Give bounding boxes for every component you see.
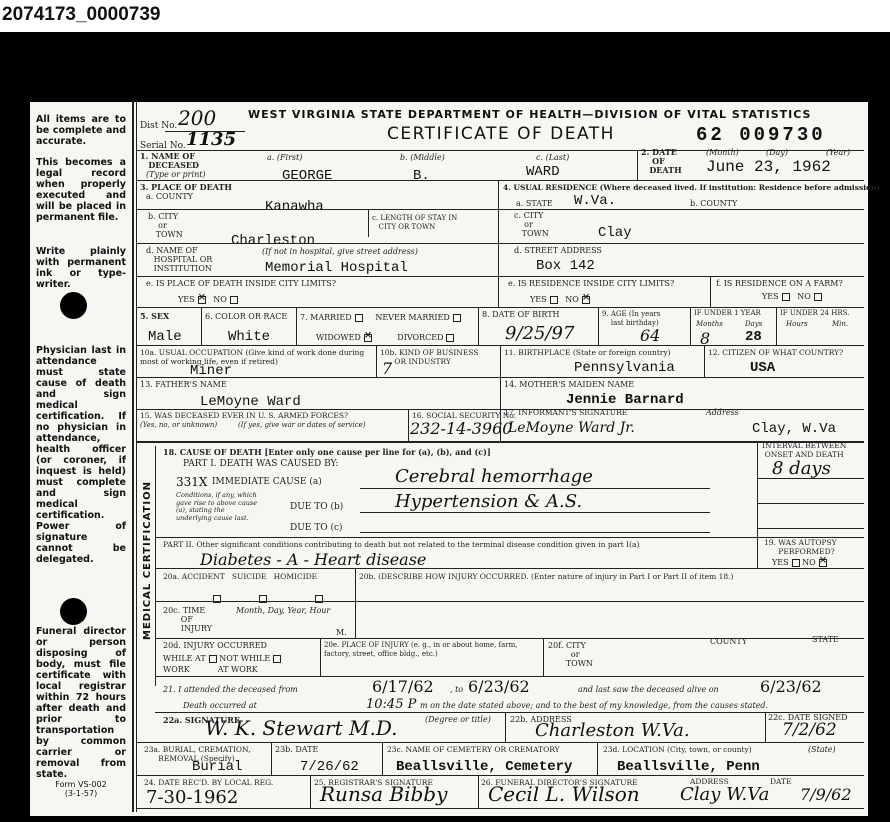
- location-label: 23d. LOCATION (City, town, or county): [603, 745, 752, 754]
- suicide-label: SUICIDE: [232, 572, 267, 581]
- rule: [155, 601, 864, 602]
- divider: [500, 345, 501, 377]
- funeral-date-label: DATE: [770, 777, 792, 786]
- day-label: (Day): [766, 148, 788, 157]
- registrar-signature: Runsa Bibby: [320, 786, 447, 803]
- part2-conditions: Diabetes - A - Heart disease: [200, 551, 426, 568]
- age: 64: [640, 327, 660, 344]
- conditions-hint: Conditions, if any, which gave rise to a…: [176, 492, 258, 522]
- form-number: Form VS-002(3-1-57): [36, 780, 126, 798]
- divider: [637, 150, 638, 180]
- date-of-death: June 23, 1962: [706, 160, 831, 175]
- funeral-director-signature: Cecil L. Wilson: [488, 786, 640, 803]
- res-city: Clay: [598, 226, 632, 241]
- note-complete: All items are to be complete and accurat…: [36, 114, 126, 147]
- no-checkbox[interactable]: [819, 559, 827, 567]
- homicide-checkbox[interactable]: [312, 588, 323, 607]
- first-name: GEORGE: [282, 169, 332, 184]
- divorced-label: DIVORCED: [397, 333, 443, 342]
- res-state: W.Va.: [574, 194, 616, 209]
- divider: [368, 209, 369, 237]
- file-id: 2074173_0000739: [2, 4, 161, 26]
- rule: [155, 712, 864, 713]
- divider: [478, 775, 479, 808]
- ssn: 232-14-3960: [410, 420, 512, 437]
- divider: [201, 307, 202, 345]
- rule: [136, 775, 864, 776]
- date-signed: 7/2/62: [782, 722, 837, 739]
- informant-label: 17. INFORMANT'S SIGNATURE: [504, 408, 627, 417]
- rule: [757, 528, 864, 529]
- divider: [598, 307, 599, 345]
- no-label: NO: [565, 295, 579, 304]
- farm-label: f. IS RESIDENCE ON A FARM?: [716, 279, 843, 288]
- received-date: 7-30-1962: [146, 789, 238, 806]
- divider: [376, 345, 377, 377]
- cause-code: 331X: [176, 474, 207, 491]
- days-label: Days: [745, 320, 762, 329]
- father-name: LeMoyne Ward: [200, 395, 301, 410]
- months-label: Months: [696, 320, 723, 329]
- frame-left: [132, 100, 134, 812]
- res-state-label: a. STATE: [516, 199, 553, 208]
- dist-no: 200: [178, 110, 216, 127]
- divider: [757, 443, 758, 568]
- armed-forces-label: 15. WAS DECEASED EVER IN U. S. ARMED FOR…: [140, 411, 348, 420]
- suicide-checkbox[interactable]: [256, 588, 267, 607]
- interval: 8 days: [772, 460, 831, 477]
- note-funeral-director: Funeral director or person disposing of …: [36, 626, 126, 780]
- inside-limits-options: YES NO: [178, 295, 238, 304]
- accident-label: 20a. ACCIDENT: [163, 572, 225, 581]
- widowed-options: WIDOWED DIVORCED: [316, 333, 454, 342]
- rule: [757, 503, 864, 504]
- business: 7: [382, 360, 392, 377]
- attended-from: 6/17/62: [372, 678, 434, 695]
- degree-label: (Degree or title): [425, 715, 491, 724]
- yes-checkbox[interactable]: [792, 559, 800, 567]
- race: White: [228, 330, 270, 345]
- birthplace: Pennsylvania: [574, 361, 675, 376]
- funeral-address: Clay W.Va: [680, 786, 769, 803]
- married-options: 7. MARRIED NEVER MARRIED: [300, 313, 461, 322]
- department-heading: WEST VIRGINIA STATE DEPARTMENT OF HEALTH…: [248, 108, 811, 121]
- hospital-hint: (If not in hospital, give street address…: [262, 247, 418, 256]
- divider: [505, 712, 506, 742]
- yes-checkbox[interactable]: [782, 293, 790, 301]
- rule: [360, 488, 710, 489]
- res-street: Box 142: [536, 259, 595, 274]
- describe-injury-label: 20b. (DESCRIBE HOW INJURY OCCURRED. (Ent…: [359, 572, 733, 581]
- to-text: , to: [450, 685, 463, 694]
- location-state-label: (State): [808, 745, 836, 754]
- autopsy-options: YES NO: [772, 558, 827, 567]
- middle-label: b. (Middle): [400, 153, 445, 162]
- yes-label: YES: [178, 295, 195, 304]
- never-married-label: NEVER MARRIED: [375, 313, 449, 322]
- funeral-date: 7/9/62: [800, 786, 852, 803]
- city-label: b. CITY or TOWN: [148, 212, 183, 239]
- rule: [136, 742, 864, 743]
- disposition: Burial: [192, 760, 242, 775]
- injury-type-labels: 20a. ACCIDENT SUICIDE HOMICIDE: [163, 572, 317, 581]
- divider: [382, 742, 383, 775]
- medical-certification-label: MEDICAL CERTIFICATION: [142, 481, 153, 640]
- rule: [136, 307, 864, 308]
- time-injury-label: 20c. TIME OF INJURY: [163, 606, 212, 633]
- rule: [360, 532, 710, 533]
- divider: [355, 568, 356, 638]
- due-to-b: Hypertension & A.S.: [395, 493, 582, 510]
- divider: [320, 638, 321, 676]
- immediate-label: IMMEDIATE CAUSE (a): [212, 478, 322, 487]
- widowed-label: WIDOWED: [316, 333, 361, 342]
- cemetery-label: 23c. NAME OF CEMETERY OR CREMATORY: [387, 745, 560, 754]
- no-checkbox[interactable]: [582, 296, 590, 304]
- street-label: d. STREET ADDRESS: [514, 246, 602, 255]
- occupation-label: 10a. USUAL OCCUPATION (Give kind of work…: [140, 348, 370, 366]
- injury-city-label: 20f. CITY or TOWN: [548, 641, 593, 668]
- yes-checkbox[interactable]: [550, 296, 558, 304]
- divider: [690, 307, 691, 345]
- birthplace-label: 11. BIRTHPLACE (State or foreign country…: [504, 348, 671, 357]
- residence-label-text: 4. USUAL RESIDENCE (Where deceased lived…: [503, 183, 880, 192]
- rule: [136, 180, 864, 181]
- divider: [408, 409, 409, 441]
- no-label: NO: [213, 295, 227, 304]
- rule: [136, 441, 864, 443]
- under1-label: IF UNDER 1 YEAR: [694, 309, 761, 318]
- last-label: c. (Last): [536, 153, 569, 162]
- note-legal-record: This becomes a legal record when properl…: [36, 157, 126, 223]
- hospital: Memorial Hospital: [265, 261, 408, 276]
- married-label: 7. MARRIED: [300, 313, 352, 322]
- occurred-tail: m on the date stated above; and to the b…: [420, 701, 768, 710]
- res-inside-limits-label: e. IS RESIDENCE INSIDE CITY LIMITS?: [508, 279, 674, 288]
- divider: [296, 307, 297, 345]
- farm-options: YES NO: [762, 292, 822, 301]
- not-while-work-checkbox[interactable]: [273, 655, 281, 663]
- citizen: USA: [750, 361, 775, 376]
- divider: [776, 307, 777, 345]
- while-work-options: WHILE AT NOT WHILE: [163, 654, 281, 663]
- punch-hole-icon: [60, 292, 87, 319]
- rule: [757, 478, 864, 479]
- rule: [136, 276, 864, 277]
- last-saw: 6/23/62: [760, 678, 822, 695]
- no-checkbox[interactable]: [814, 293, 822, 301]
- time-m: M.: [336, 628, 347, 637]
- form-no: Form VS-002: [55, 780, 106, 789]
- cemetery: Beallsville, Cemetery: [396, 760, 572, 775]
- divider: [597, 742, 598, 775]
- informant-signature: LeMoyne Ward Jr.: [508, 420, 635, 437]
- work-row3: WORK AT WORK: [163, 665, 258, 674]
- part1-label: PART I. DEATH WAS CAUSED BY:: [183, 460, 338, 469]
- stay-label: c. LENGTH OF STAY IN CITY OR TOWN: [372, 214, 457, 232]
- armed-hint-2: (If yes, give war or dates of service): [238, 421, 366, 430]
- middle-name: B.: [413, 169, 430, 184]
- sex-label: 5. SEX: [140, 312, 169, 321]
- certificate-title: CERTIFICATE OF DEATH: [387, 124, 615, 144]
- attended-to: 6/23/62: [468, 678, 530, 695]
- dob-label: 8. DATE OF BIRTH: [482, 310, 560, 319]
- received-label: 24. DATE REC'D. BY LOCAL REG.: [144, 778, 273, 787]
- business-label: 10b. KIND OF BUSINESS OR INDUSTRY: [380, 348, 479, 366]
- interval-label: INTERVAL BETWEENONSET AND DEATH: [762, 441, 846, 459]
- rule: [155, 638, 864, 639]
- name-label: 1. NAME OF DECEASED: [140, 152, 199, 170]
- divider: [310, 775, 311, 808]
- father-label: 13. FATHER'S NAME: [140, 380, 227, 389]
- divider: [271, 742, 272, 775]
- informant-address: Clay, W.Va: [752, 422, 836, 437]
- yes-label: YES: [530, 295, 547, 304]
- attended-text: 21. I attended the deceased from: [163, 685, 298, 694]
- no-label: NO: [802, 558, 816, 567]
- part2-label: PART II. Other significant conditions co…: [163, 540, 639, 549]
- widowed-checkbox[interactable]: [364, 334, 372, 342]
- no-checkbox[interactable]: [230, 296, 238, 304]
- divider: [500, 377, 501, 409]
- frame-left-inner: [136, 100, 137, 812]
- burial-date-label: 23b. DATE: [275, 745, 318, 754]
- serial-no: 1135: [186, 131, 236, 148]
- divider: [500, 409, 501, 441]
- yes-label: YES: [772, 558, 789, 567]
- rule: [136, 150, 864, 151]
- divider: [704, 345, 705, 377]
- immediate-cause: Cerebral hemorrhage: [395, 468, 593, 485]
- rule: [155, 537, 864, 538]
- physician-address: Charleston W.Va.: [535, 722, 690, 739]
- accident-checkbox[interactable]: [210, 588, 221, 607]
- rule: [155, 568, 864, 569]
- last-name: WARD: [526, 165, 560, 180]
- mother-label: 14. MOTHER'S MAIDEN NAME: [504, 380, 634, 389]
- death-county: Kanawha: [265, 200, 324, 215]
- residence-label: 4. USUAL RESIDENCE (Where deceased lived…: [503, 183, 880, 192]
- rule: [136, 808, 864, 809]
- injury-county-label: COUNTY: [710, 637, 747, 646]
- days: 28: [745, 330, 762, 345]
- while-at-work-checkbox[interactable]: [209, 655, 217, 663]
- divider: [155, 446, 156, 686]
- burial-location: Beallsville, Penn: [617, 760, 760, 775]
- res-inside-options: YES NO: [530, 295, 590, 304]
- work-label: 20d. INJURY OCCURRED: [163, 641, 267, 650]
- county-label: a. COUNTY: [146, 192, 193, 201]
- sex: Male: [148, 330, 182, 345]
- armed-hint-1: (Yes, no, or unknown): [140, 421, 217, 430]
- under24-label: IF UNDER 24 HRS.: [780, 309, 849, 318]
- cause-label: 18. CAUSE OF DEATH [Enter only one cause…: [163, 448, 491, 457]
- res-county-label: b. COUNTY: [690, 199, 737, 208]
- yes-label: YES: [762, 292, 779, 301]
- time-hint: Month, Day, Year, Hour: [236, 606, 330, 615]
- no-label: NO: [797, 292, 811, 301]
- inside-limits-label: e. IS PLACE OF DEATH INSIDE CITY LIMITS?: [146, 279, 336, 288]
- yes-checkbox[interactable]: [198, 296, 206, 304]
- dist-label: Dist No.: [140, 122, 177, 131]
- year-label: (Year): [826, 148, 850, 157]
- divider: [478, 307, 479, 345]
- burial-date: 7/26/62: [300, 760, 359, 775]
- divider: [765, 712, 766, 742]
- rule: [360, 512, 710, 513]
- note-physician: Physician last in attendance must state …: [36, 345, 126, 565]
- death-time: 10:45 P: [366, 696, 416, 713]
- physician-signature: W. K. Stewart M.D.: [205, 720, 398, 737]
- rule: [136, 243, 864, 244]
- never-married-checkbox[interactable]: [453, 314, 461, 322]
- race-label: 6. COLOR OR RACE: [205, 312, 287, 321]
- divorced-checkbox[interactable]: [446, 334, 454, 342]
- hospital-label: d. NAME OF HOSPITAL OR INSTITUTION: [146, 246, 212, 273]
- homicide-label: HOMICIDE: [274, 572, 318, 581]
- occurred-text: Death occurred at: [183, 701, 257, 710]
- rule: [136, 209, 864, 210]
- name-hint: (Type or print): [146, 170, 206, 179]
- dob: 9/25/97: [505, 325, 574, 342]
- date-of-death-label: 2. DATE OF DEATH: [641, 148, 682, 175]
- note-write-plainly: Write plainly with permanent ink or type…: [36, 246, 126, 290]
- certificate-number: 62 009730: [696, 124, 826, 146]
- due-c-label: DUE TO (c): [290, 524, 343, 533]
- due-b-label: DUE TO (b): [290, 503, 343, 512]
- first-label: a. (First): [267, 153, 302, 162]
- last-saw-text: and last saw the deceased alive on: [578, 685, 719, 694]
- citizen-label: 12. CITIZEN OF WHAT COUNTRY?: [708, 348, 843, 357]
- place-of-death-label: 3. PLACE OF DEATH: [140, 183, 232, 192]
- hours-label: Hours: [786, 320, 808, 329]
- divider: [543, 638, 544, 676]
- autopsy-label: 19. WAS AUTOPSY PERFORMED?: [764, 538, 837, 556]
- res-city-label: c. CITY or TOWN: [514, 211, 549, 238]
- married-checkbox[interactable]: [355, 314, 363, 322]
- mother-name: Jennie Barnard: [566, 393, 684, 408]
- form-date: (3-1-57): [65, 789, 97, 798]
- punch-hole-icon: [60, 598, 87, 625]
- place-injury-label: 20e. PLACE OF INJURY (e. g., in or about…: [324, 641, 539, 659]
- informant-address-label: Address: [706, 408, 739, 417]
- month-label: (Month): [706, 148, 739, 157]
- min-label: Min.: [832, 320, 848, 329]
- injury-state-label: STATE: [812, 635, 839, 644]
- divider: [710, 276, 711, 307]
